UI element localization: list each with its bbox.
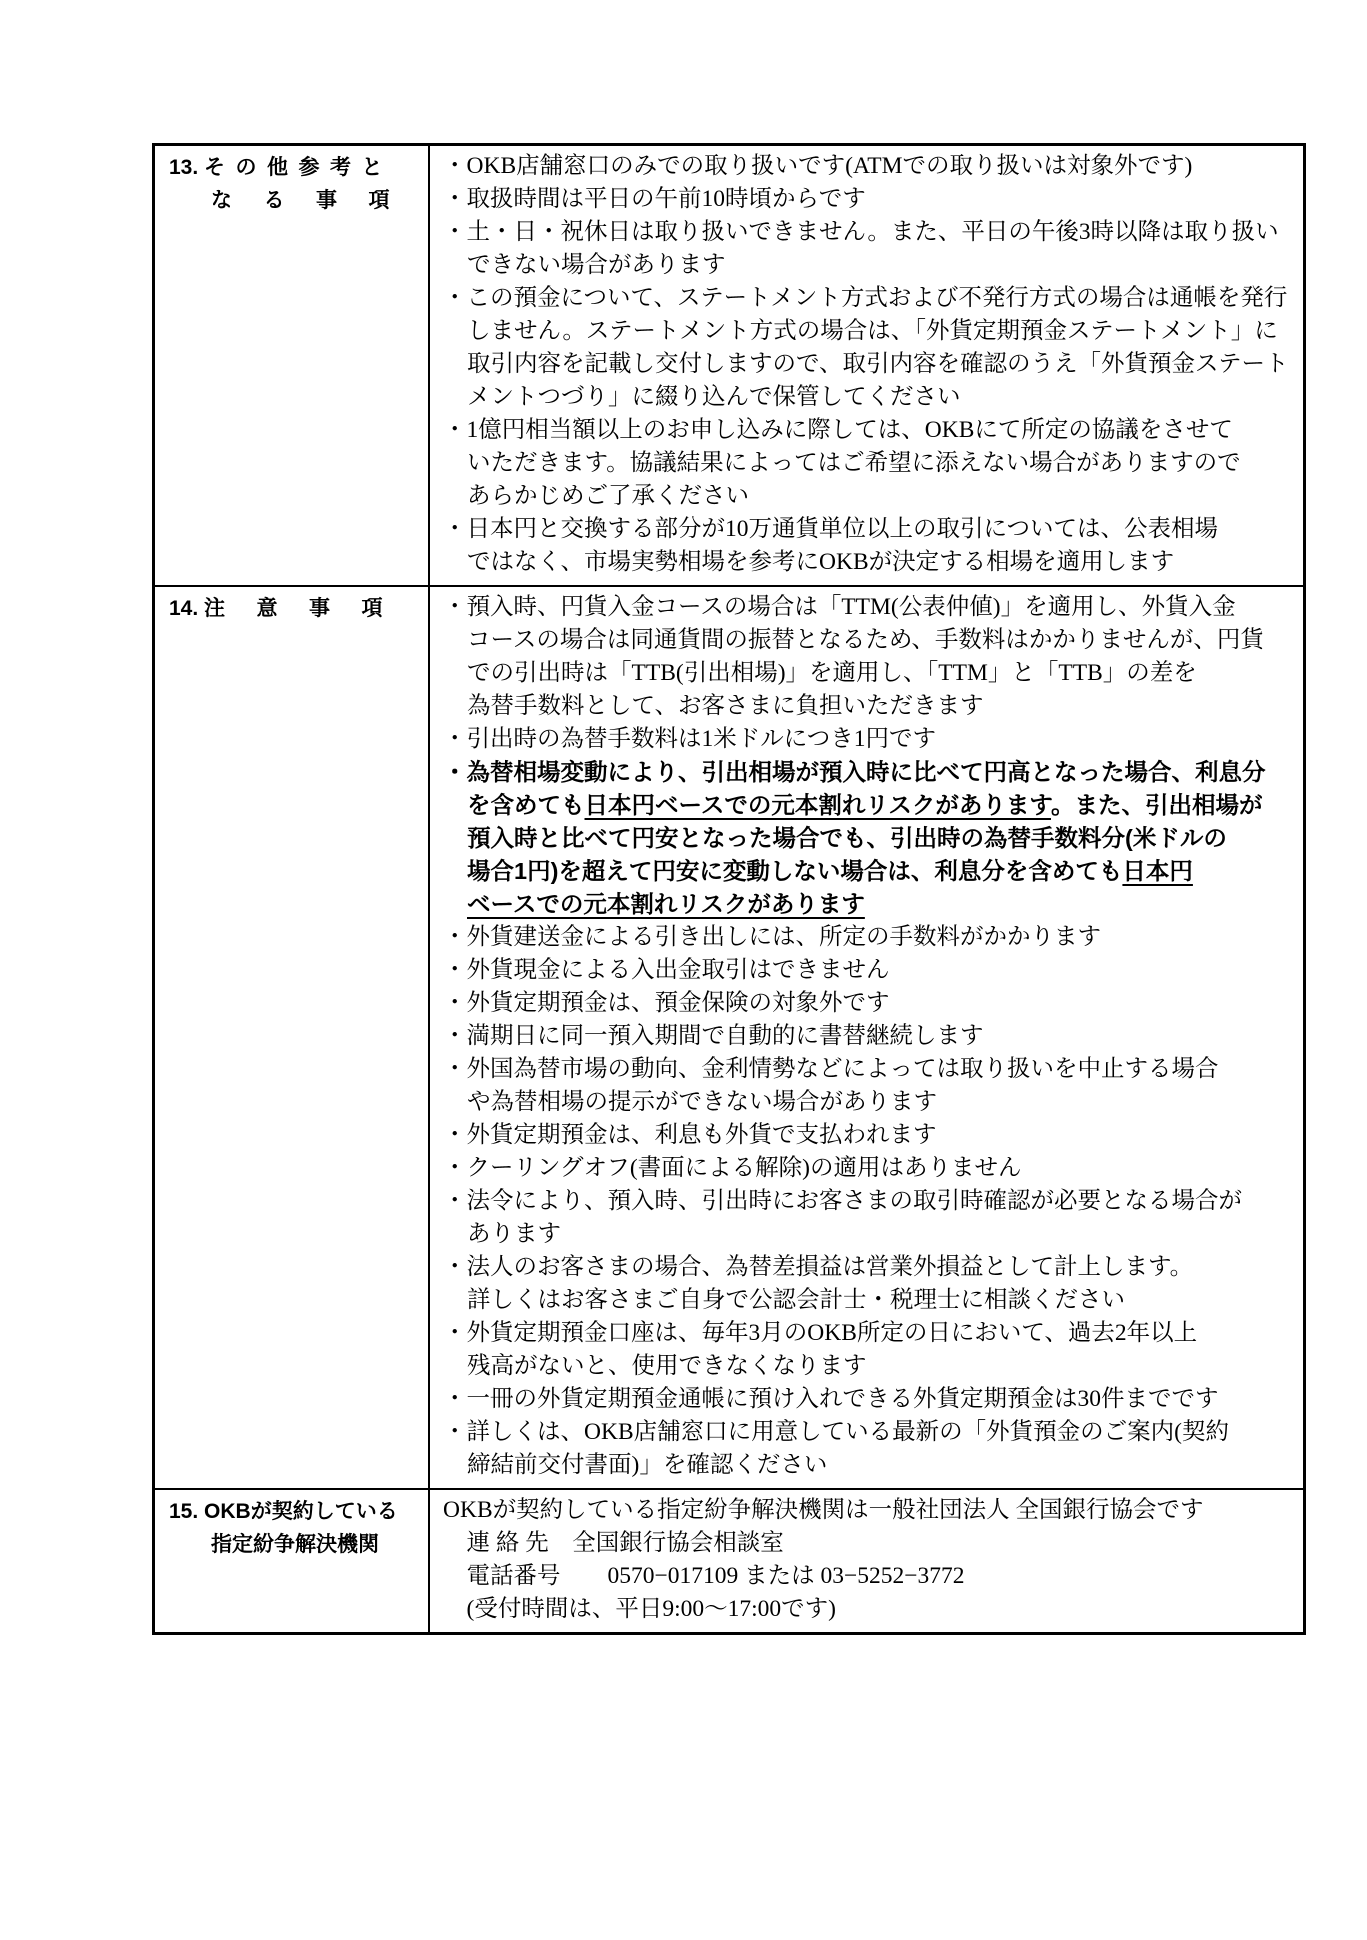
text-segment: ・外貨定期預金口座は、毎年3月のOKB所定の日において、過去2年以上 残高がない… (443, 1320, 1197, 1379)
bullet-item: ・日本円と交換する部分が10万通貨単位以上の取引については、公表相場 ではなく、… (443, 513, 1300, 579)
text-segment: OKBが契約している指定紛争解決機関は一般社団法人 全国銀行協会です (443, 1497, 1204, 1523)
bullet-item: ・OKB店舗窓口のみでの取り扱いです(ATMでの取り扱いは対象外です) (443, 150, 1300, 183)
text-segment: 連 絡 先 全国銀行協会相談室 (443, 1530, 784, 1556)
bullet-item: ・外貨定期預金口座は、毎年3月のOKB所定の日において、過去2年以上 残高がない… (443, 1317, 1300, 1383)
bullet-item: ・一冊の外貨定期預金通帳に預け入れできる外貨定期預金は30件までです (443, 1383, 1300, 1416)
row-content: ・預入時、円貨入金コースの場合は「TTM(公表仲値)」を適用し、外貨入金 コース… (430, 587, 1303, 1488)
text-segment: ・満期日に同一預入期間で自動的に書替継続します (443, 1023, 984, 1049)
text-segment: ・クーリングオフ(書面による解除)の適用はありません (443, 1155, 1021, 1181)
bullet-item: ・取扱時間は平日の午前10時頃からです (443, 183, 1300, 216)
text-segment: ・法令により、預入時、引出時にお客さまの取引時確認が必要となる場合が あります (443, 1188, 1242, 1247)
text-segment: ・外国為替市場の動向、金利情勢などによっては取り扱いを中止する場合 や為替相場の… (443, 1056, 1219, 1115)
text-segment: ・土・日・祝休日は取り扱いできません。また、平日の午後3時以降は取り扱い できな… (443, 219, 1279, 278)
text-line: 電話番号 0570−017109 または 03−5252−3772 (443, 1560, 1300, 1593)
row-label: 13. そ の 他 参 考 と な る 事 項 (155, 146, 430, 585)
bullet-item: ・外貨定期預金は、利息も外貨で支払われます (443, 1119, 1300, 1152)
text-segment: ・日本円と交換する部分が10万通貨単位以上の取引については、公表相場 ではなく、… (443, 516, 1218, 575)
text-segment: ・預入時、円貨入金コースの場合は「TTM(公表仲値)」を適用し、外貨入金 コース… (443, 594, 1264, 719)
terms-table: 13. そ の 他 参 考 と な る 事 項・OKB店舗窓口のみでの取り扱いで… (152, 143, 1306, 1635)
bullet-item: ・詳しくは、OKB店舗窓口に用意している最新の「外貨預金のご案内(契約 締結前交… (443, 1416, 1300, 1482)
bullet-item: ・法人のお客さまの場合、為替差損益は営業外損益として計上します。 詳しくはお客さ… (443, 1251, 1300, 1317)
bullet-item: ・この預金について、ステートメント方式および不発行方式の場合は通帳を発行 しませ… (443, 282, 1300, 414)
bullet-item: ・土・日・祝休日は取り扱いできません。また、平日の午後3時以降は取り扱い できな… (443, 216, 1300, 282)
text-segment: ・1億円相当額以上のお申し込みに際しては、OKBにて所定の協議をさせて いただき… (443, 417, 1241, 509)
text-line: OKBが契約している指定紛争解決機関は一般社団法人 全国銀行協会です (443, 1494, 1300, 1527)
row-content: OKBが契約している指定紛争解決機関は一般社団法人 全国銀行協会です 連 絡 先… (430, 1490, 1303, 1632)
underlined-risk-text: 日本円ベースでの元本割れリスクがあります (585, 792, 1051, 818)
text-segment: ・外貨現金による入出金取引はできません (443, 957, 890, 983)
text-segment: ・引出時の為替手数料は1米ドルにつき1円です (443, 726, 936, 752)
bullet-item: ・引出時の為替手数料は1米ドルにつき1円です (443, 723, 1300, 756)
row-content: ・OKB店舗窓口のみでの取り扱いです(ATMでの取り扱いは対象外です)・取扱時間… (430, 146, 1303, 585)
bullet-item: ・クーリングオフ(書面による解除)の適用はありません (443, 1152, 1300, 1185)
text-line: (受付時間は、平日9:00〜17:00です) (443, 1593, 1300, 1626)
text-segment: ・外貨定期預金は、利息も外貨で支払われます (443, 1122, 937, 1148)
table-row-13: 13. そ の 他 参 考 と な る 事 項・OKB店舗窓口のみでの取り扱いで… (155, 146, 1303, 585)
row-label: 15. OKBが契約している 指定紛争解決機関 (155, 1490, 430, 1632)
text-segment: (受付時間は、平日9:00〜17:00です) (443, 1596, 836, 1622)
bullet-item: ・外貨定期預金は、預金保険の対象外です (443, 987, 1300, 1020)
text-segment: ・取扱時間は平日の午前10時頃からです (443, 186, 866, 212)
text-segment: ・詳しくは、OKB店舗窓口に用意している最新の「外貨預金のご案内(契約 締結前交… (443, 1419, 1229, 1478)
row-label: 14. 注 意 事 項 (155, 587, 430, 1488)
bullet-item: ・満期日に同一預入期間で自動的に書替継続します (443, 1020, 1300, 1053)
text-line: 連 絡 先 全国銀行協会相談室 (443, 1527, 1300, 1560)
text-segment: 電話番号 0570−017109 または 03−5252−3772 (443, 1563, 965, 1589)
table-row-14: 14. 注 意 事 項・預入時、円貨入金コースの場合は「TTM(公表仲値)」を適… (155, 585, 1303, 1488)
text-segment: ・法人のお客さまの場合、為替差損益は営業外損益として計上します。 詳しくはお客さ… (443, 1254, 1193, 1313)
bullet-item: ・法令により、預入時、引出時にお客さまの取引時確認が必要となる場合が あります (443, 1185, 1300, 1251)
text-segment: ・一冊の外貨定期預金通帳に預け入れできる外貨定期預金は30件までです (443, 1386, 1219, 1412)
text-segment: ・この預金について、ステートメント方式および不発行方式の場合は通帳を発行 しませ… (443, 285, 1289, 410)
bullet-item: ・外貨建送金による引き出しには、所定の手数料がかかります (443, 921, 1300, 954)
text-segment: ・外貨定期預金は、預金保険の対象外です (443, 990, 890, 1016)
bullet-item: ・為替相場変動により、引出相場が預入時に比べて円高となった場合、利息分 を含めて… (443, 756, 1300, 921)
bullet-item: ・預入時、円貨入金コースの場合は「TTM(公表仲値)」を適用し、外貨入金 コース… (443, 591, 1300, 723)
table-row-15: 15. OKBが契約している 指定紛争解決機関OKBが契約している指定紛争解決機… (155, 1488, 1303, 1632)
bullet-item: ・外貨現金による入出金取引はできません (443, 954, 1300, 987)
bullet-item: ・1億円相当額以上のお申し込みに際しては、OKBにて所定の協議をさせて いただき… (443, 414, 1300, 513)
text-segment: ・OKB店舗窓口のみでの取り扱いです(ATMでの取り扱いは対象外です) (443, 153, 1192, 179)
bullet-item: ・外国為替市場の動向、金利情勢などによっては取り扱いを中止する場合 や為替相場の… (443, 1053, 1300, 1119)
text-segment: ・外貨建送金による引き出しには、所定の手数料がかかります (443, 924, 1101, 950)
